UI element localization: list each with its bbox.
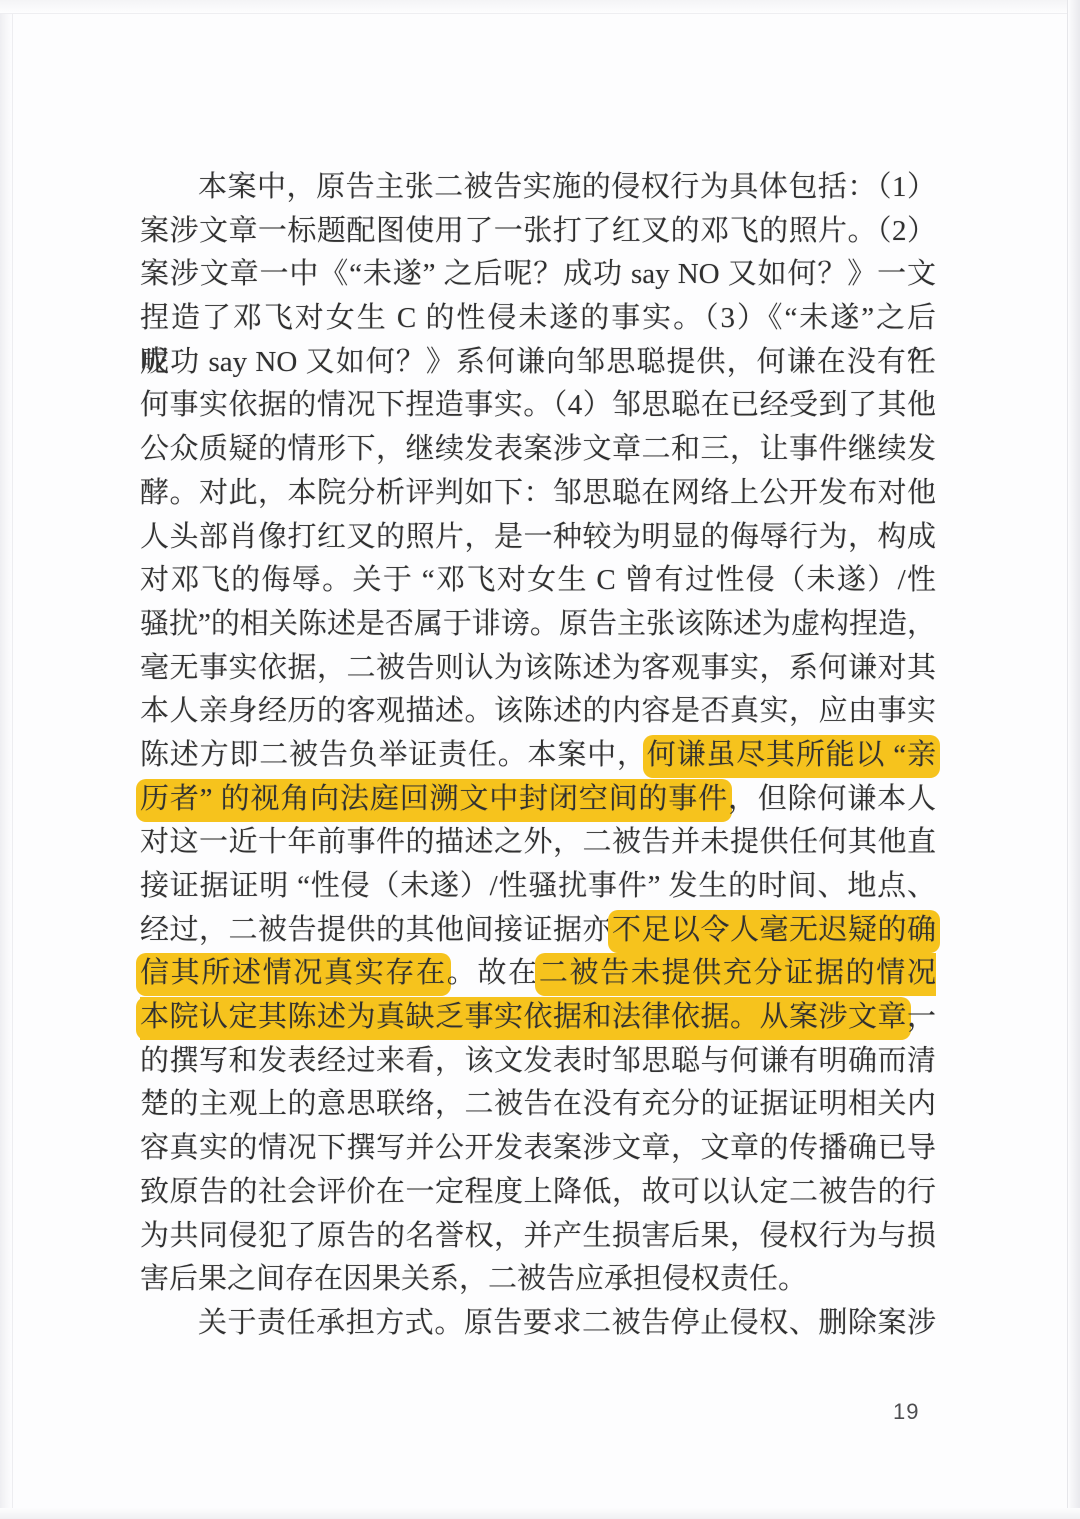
highlighted-text: 何谦虽尽其所能以 “亲 bbox=[643, 735, 940, 778]
text-line: 本案中，原告主张二被告实施的侵权行为具体包括：（1） bbox=[140, 166, 936, 210]
text-segment: 的撰写和发表经过来看，该文发表时邹思聪与何谦有明确而清 bbox=[140, 1045, 936, 1077]
text-segment: 本人亲身经历的客观描述。该陈述的内容是否真实，应由事实 bbox=[140, 695, 936, 727]
text-segment: 对这一近十年前事件的描述之外，二被告并未提供任何其他直 bbox=[140, 826, 936, 858]
text-segment: 为共同侵犯了原告的名誉权，并产生损害后果，侵权行为与损 bbox=[140, 1220, 936, 1252]
scan-edge-bottom bbox=[0, 1508, 1080, 1519]
text-line: 公众质疑的情形下，继续发表案涉文章二和三，让事件继续发 bbox=[140, 428, 936, 472]
text-segment: 致原告的社会评价在一定程度上降低，故可以认定二被告的行 bbox=[140, 1176, 936, 1208]
text-line: 经过，二被告提供的其他间接证据亦不足以令人毫无迟疑的确 bbox=[140, 909, 936, 953]
text-segment: 何事实依据的情况下捏造事实。（4）邹思聪在已经受到了其他 bbox=[140, 389, 936, 421]
scan-edge-left bbox=[0, 0, 13, 1519]
highlighted-text: 信其所述情况真实存在 bbox=[136, 953, 451, 996]
text-segment: 本案中，原告主张二被告实施的侵权行为具体包括：（1） bbox=[198, 171, 936, 203]
text-line: 本院认定其陈述为真缺乏事实依据和法律依据。从案涉文章一 bbox=[140, 996, 936, 1040]
text-line: 案涉文章一标题配图使用了一张打了红叉的邓飞的照片。（2） bbox=[140, 210, 936, 254]
text-segment: 案涉文章一中《“未遂” 之后呢？成功 say NO 又如何？》一文 bbox=[140, 258, 936, 290]
text-line: 骚扰”的相关陈述是否属于诽谤。原告主张该陈述为虚构捏造， bbox=[140, 603, 936, 647]
text-line: 本人亲身经历的客观描述。该陈述的内容是否真实，应由事实 bbox=[140, 690, 936, 734]
text-line: 成功 say NO 又如何？》系何谦向邹思聪提供，何谦在没有任 bbox=[140, 341, 936, 385]
text-line: 毫无事实依据，二被告则认为该陈述为客观事实，系何谦对其 bbox=[140, 647, 936, 691]
text-segment: 陈述方即二被告负举证责任。本案中， bbox=[140, 739, 647, 771]
text-line: 容真实的情况下撰写并公开发表案涉文章，文章的传播确已导 bbox=[140, 1127, 936, 1171]
text-line: 信其所述情况真实存在。故在二被告未提供充分证据的情况下， bbox=[140, 952, 936, 996]
text-segment: 骚扰”的相关陈述是否属于诽谤。原告主张该陈述为虚构捏造， bbox=[140, 608, 936, 640]
text-segment: 。故在 bbox=[447, 957, 539, 989]
text-line: 捏造了邓飞对女生 C 的性侵未遂的事实。（3）《“未遂”之后呢？ bbox=[140, 297, 936, 341]
text-line: 致原告的社会评价在一定程度上降低，故可以认定二被告的行 bbox=[140, 1171, 936, 1215]
text-segment: 害后果之间存在因果关系，二被告应承担侵权责任。 bbox=[140, 1263, 807, 1295]
text-line: 楚的主观上的意思联络，二被告在没有充分的证据证明相关内 bbox=[140, 1083, 936, 1127]
highlighted-text: 不足以令人毫无迟疑的确 bbox=[608, 910, 940, 953]
text-line: 的撰写和发表经过来看，该文发表时邹思聪与何谦有明确而清 bbox=[140, 1040, 936, 1084]
text-line: 害后果之间存在因果关系，二被告应承担侵权责任。 bbox=[140, 1258, 936, 1302]
text-segment: 接证据证明 “性侵（未遂）/性骚扰事件” 发生的时间、地点、 bbox=[140, 870, 936, 902]
highlighted-text: 历者” 的视角向法庭回溯文中封闭空间的事件 bbox=[136, 779, 732, 822]
text-segment: 对邓飞的侮辱。关于 “邓飞对女生 C 曾有过性侵（未遂）/性 bbox=[140, 564, 936, 596]
text-segment: 。从案涉文章一 bbox=[730, 1001, 936, 1033]
text-segment: 经过，二被告提供的其他间接证据亦 bbox=[140, 914, 612, 946]
text-segment: ，但除何谦本人 bbox=[728, 783, 936, 815]
scan-edge-top bbox=[0, 0, 1080, 14]
text-segment: 酵。对此，本院分析评判如下：邹思聪在网络上公开发布对他 bbox=[140, 477, 936, 509]
text-line: 何事实依据的情况下捏造事实。（4）邹思聪在已经受到了其他 bbox=[140, 384, 936, 428]
text-segment: 公众质疑的情形下，继续发表案涉文章二和三，让事件继续发 bbox=[140, 433, 936, 465]
text-line: 陈述方即二被告负举证责任。本案中，何谦虽尽其所能以 “亲 bbox=[140, 734, 936, 778]
text-line: 接证据证明 “性侵（未遂）/性骚扰事件” 发生的时间、地点、 bbox=[140, 865, 936, 909]
text-line: 对这一近十年前事件的描述之外，二被告并未提供任何其他直 bbox=[140, 821, 936, 865]
text-line: 为共同侵犯了原告的名誉权，并产生损害后果，侵权行为与损 bbox=[140, 1215, 936, 1259]
text-line: 对邓飞的侮辱。关于 “邓飞对女生 C 曾有过性侵（未遂）/性 bbox=[140, 559, 936, 603]
scanned-document-page: { "page": { "number": "19", "highlight_c… bbox=[0, 0, 1080, 1519]
text-segment: 容真实的情况下撰写并公开发表案涉文章，文章的传播确已导 bbox=[140, 1132, 936, 1164]
scan-edge-right bbox=[1067, 0, 1080, 1519]
text-segment: 毫无事实依据，二被告则认为该陈述为客观事实，系何谦对其 bbox=[140, 652, 936, 684]
text-line: 案涉文章一中《“未遂” 之后呢？成功 say NO 又如何？》一文 bbox=[140, 253, 936, 297]
text-line: 酵。对此，本院分析评判如下：邹思聪在网络上公开发布对他 bbox=[140, 472, 936, 516]
text-line: 历者” 的视角向法庭回溯文中封闭空间的事件，但除何谦本人 bbox=[140, 778, 936, 822]
highlighted-text: 本院认定其陈述为真缺乏事实依据和法律依据 bbox=[136, 997, 734, 1040]
document-text-block: 本案中，原告主张二被告实施的侵权行为具体包括：（1）案涉文章一标题配图使用了一张… bbox=[140, 166, 936, 1346]
text-line: 人头部肖像打红叉的照片，是一种较为明显的侮辱行为，构成 bbox=[140, 516, 936, 560]
text-segment: 楚的主观上的意思联络，二被告在没有充分的证据证明相关内 bbox=[140, 1088, 936, 1120]
text-segment: 案涉文章一标题配图使用了一张打了红叉的邓飞的照片。（2） bbox=[140, 215, 936, 247]
text-segment: 关于责任承担方式。原告要求二被告停止侵权、删除案涉 bbox=[198, 1307, 936, 1339]
text-segment: 人头部肖像打红叉的照片，是一种较为明显的侮辱行为，构成 bbox=[140, 521, 936, 553]
text-segment: 成功 say NO 又如何？》系何谦向邹思聪提供，何谦在没有任 bbox=[140, 346, 936, 378]
page-number: 19 bbox=[893, 1399, 919, 1425]
text-line: 关于责任承担方式。原告要求二被告停止侵权、删除案涉 bbox=[140, 1302, 936, 1346]
